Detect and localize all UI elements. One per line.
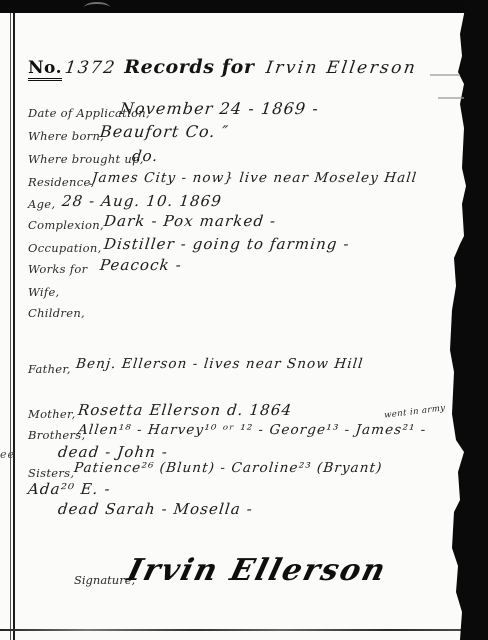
field-value-where-born: Beaufort Co. ″ (99, 122, 230, 141)
torn-right-edge (448, 0, 488, 640)
brothers-note-went-in-army: went in army (384, 403, 445, 421)
field-label-works-for: Works for (28, 262, 87, 276)
field-label-age: Age, (28, 197, 55, 211)
field-value-works-for: Peacock - (99, 256, 183, 274)
scan-dash-artifact (438, 97, 464, 99)
signature-handwritten: Irvin Ellerson (124, 553, 391, 588)
field-label-where-brought-up: Where brought up, (28, 152, 144, 166)
no-label: No. (28, 58, 62, 81)
field-value-sisters: Patience²⁶ (Blunt) - Caroline²³ (Bryant) (73, 460, 383, 476)
field-value-age: 28 - Aug. 10. 1869 (61, 192, 223, 210)
field-label-wife: Wife, (28, 285, 60, 299)
field-label-occupation: Occupation, (28, 241, 102, 255)
scan-dash-artifact (430, 74, 460, 76)
field-value-where-brought-up: do. (131, 147, 159, 165)
field-value-residence: James City - now} live near Moseley Hall (91, 170, 418, 186)
scan-top-black-bar (0, 0, 488, 13)
field-value-sisters-continued-1: Ada²⁰ E. - (27, 480, 112, 498)
margin-handwriting-mark: ee (0, 448, 15, 461)
field-label-complexion: Complexion, (28, 218, 104, 232)
record-header: No. 1372 Records for Irvin Ellerson (28, 56, 418, 81)
field-label-children: Children, (28, 306, 85, 320)
field-label-mother: Mother, (28, 407, 76, 421)
field-value-father: Benj. Ellerson - lives near Snow Hill (75, 356, 364, 372)
field-value-date-of-application: November 24 - 1869 - (119, 99, 320, 118)
field-label-sisters: Sisters, (28, 466, 74, 480)
field-value-complexion: Dark - Pox marked - (103, 212, 277, 230)
field-value-brothers: Allen¹⁸ - Harvey¹⁰ ᵒʳ ¹² - George¹³ - Ja… (77, 422, 427, 438)
field-label-residence: Residence, (28, 175, 95, 189)
record-name-handwritten: Irvin Ellerson (265, 58, 419, 78)
field-value-mother: Rosetta Ellerson d. 1864 (77, 401, 293, 419)
field-value-occupation: Distiller - going to farming - (103, 235, 351, 253)
left-margin-rule-outer (10, 13, 11, 640)
field-label-father: Father, (28, 362, 71, 376)
scanned-record-page: ee No. 1372 Records for Irvin Ellerson D… (0, 0, 488, 640)
scan-arc-artifact (84, 2, 110, 13)
left-margin-rule-inner (13, 13, 15, 640)
records-for-label: Records for (124, 56, 254, 78)
field-value-sisters-continued-2: dead Sarah - Mosella - (57, 500, 254, 518)
field-value-brothers-continued: dead - John - (57, 443, 169, 461)
bottom-page-rule (0, 629, 488, 631)
field-label-where-born: Where born, (28, 129, 104, 143)
record-number-handwritten: 1372 (64, 58, 118, 78)
